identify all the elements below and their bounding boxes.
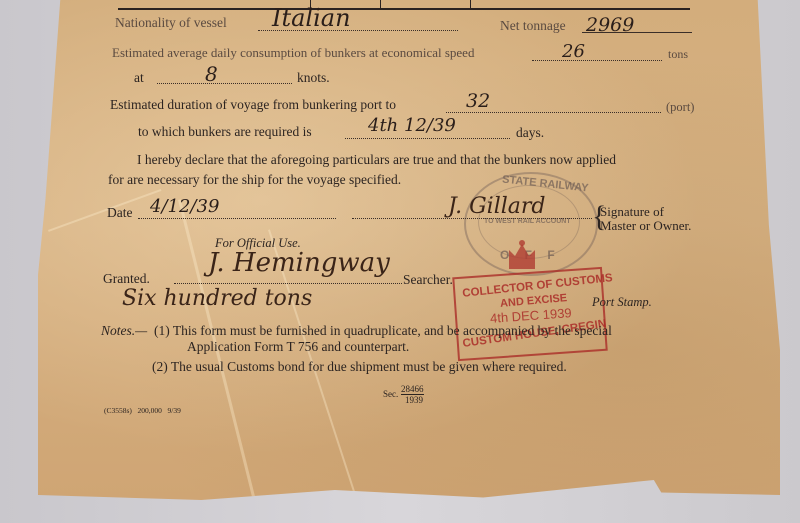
document-paper: [38, 0, 780, 500]
speed-line: [157, 83, 292, 84]
sec-denominator: 1939: [405, 395, 423, 405]
note-2: (2) The usual Customs bond for due shipm…: [152, 359, 567, 375]
net-tonnage-value: 2969: [586, 14, 634, 36]
duration-line: [446, 112, 661, 113]
crown-icon: [505, 238, 539, 272]
column-divider: [380, 0, 381, 8]
duration-value: 32: [466, 90, 490, 112]
consumption-line: [532, 60, 662, 61]
date-label: Date: [107, 205, 132, 221]
searcher-label: Searcher.: [403, 272, 453, 288]
signature-label-2: Master or Owner.: [600, 218, 691, 234]
sec-numerator: 28466: [401, 384, 424, 395]
required-value: 4th 12/39: [368, 115, 456, 136]
consumption-label: Estimated average daily consumption of b…: [112, 45, 474, 61]
granted-line: [174, 283, 402, 284]
sec-prefix: Sec.: [383, 389, 398, 399]
port-suffix: (port): [666, 100, 694, 115]
railway-stamp-middle: TO WEST RAIL ACCOUNT: [484, 218, 571, 225]
note-1-line-1: (1) This form must be furnished in quadr…: [154, 323, 612, 339]
nationality-value: Italian: [272, 4, 351, 32]
nationality-label: Nationality of vessel: [115, 15, 227, 31]
column-divider: [470, 0, 471, 8]
days-unit: days.: [516, 125, 544, 141]
granted-value: Six hundred tons: [122, 286, 312, 311]
print-code: (C3558s) 200,000 9/39: [104, 406, 181, 415]
port-stamp-label: Port Stamp.: [592, 295, 652, 310]
knots-unit: knots.: [297, 70, 330, 86]
searcher-signature: J. Hemingway: [208, 248, 390, 278]
top-rule: [118, 8, 690, 10]
consumption-value: 26: [562, 41, 585, 62]
required-label: to which bunkers are required is: [138, 124, 312, 140]
notes-heading: Notes.—: [101, 323, 147, 339]
date-line: [138, 218, 336, 219]
net-tonnage-label: Net tonnage: [500, 18, 566, 34]
tons-unit: tons: [668, 47, 688, 62]
speed-prefix: at: [134, 70, 144, 86]
duration-label: Estimated duration of voyage from bunker…: [110, 97, 396, 113]
speed-value: 8: [205, 62, 218, 86]
master-signature: J. Gillard: [448, 194, 546, 219]
date-value: 4/12/39: [150, 196, 219, 217]
declaration-line-1: I hereby declare that the aforegoing par…: [137, 152, 616, 168]
note-1-line-2: Application Form T 756 and counterpart.: [187, 339, 409, 355]
declaration-line-2: for are necessary for the ship for the v…: [108, 172, 401, 188]
granted-label: Granted.: [103, 271, 150, 287]
required-line: [345, 138, 510, 139]
